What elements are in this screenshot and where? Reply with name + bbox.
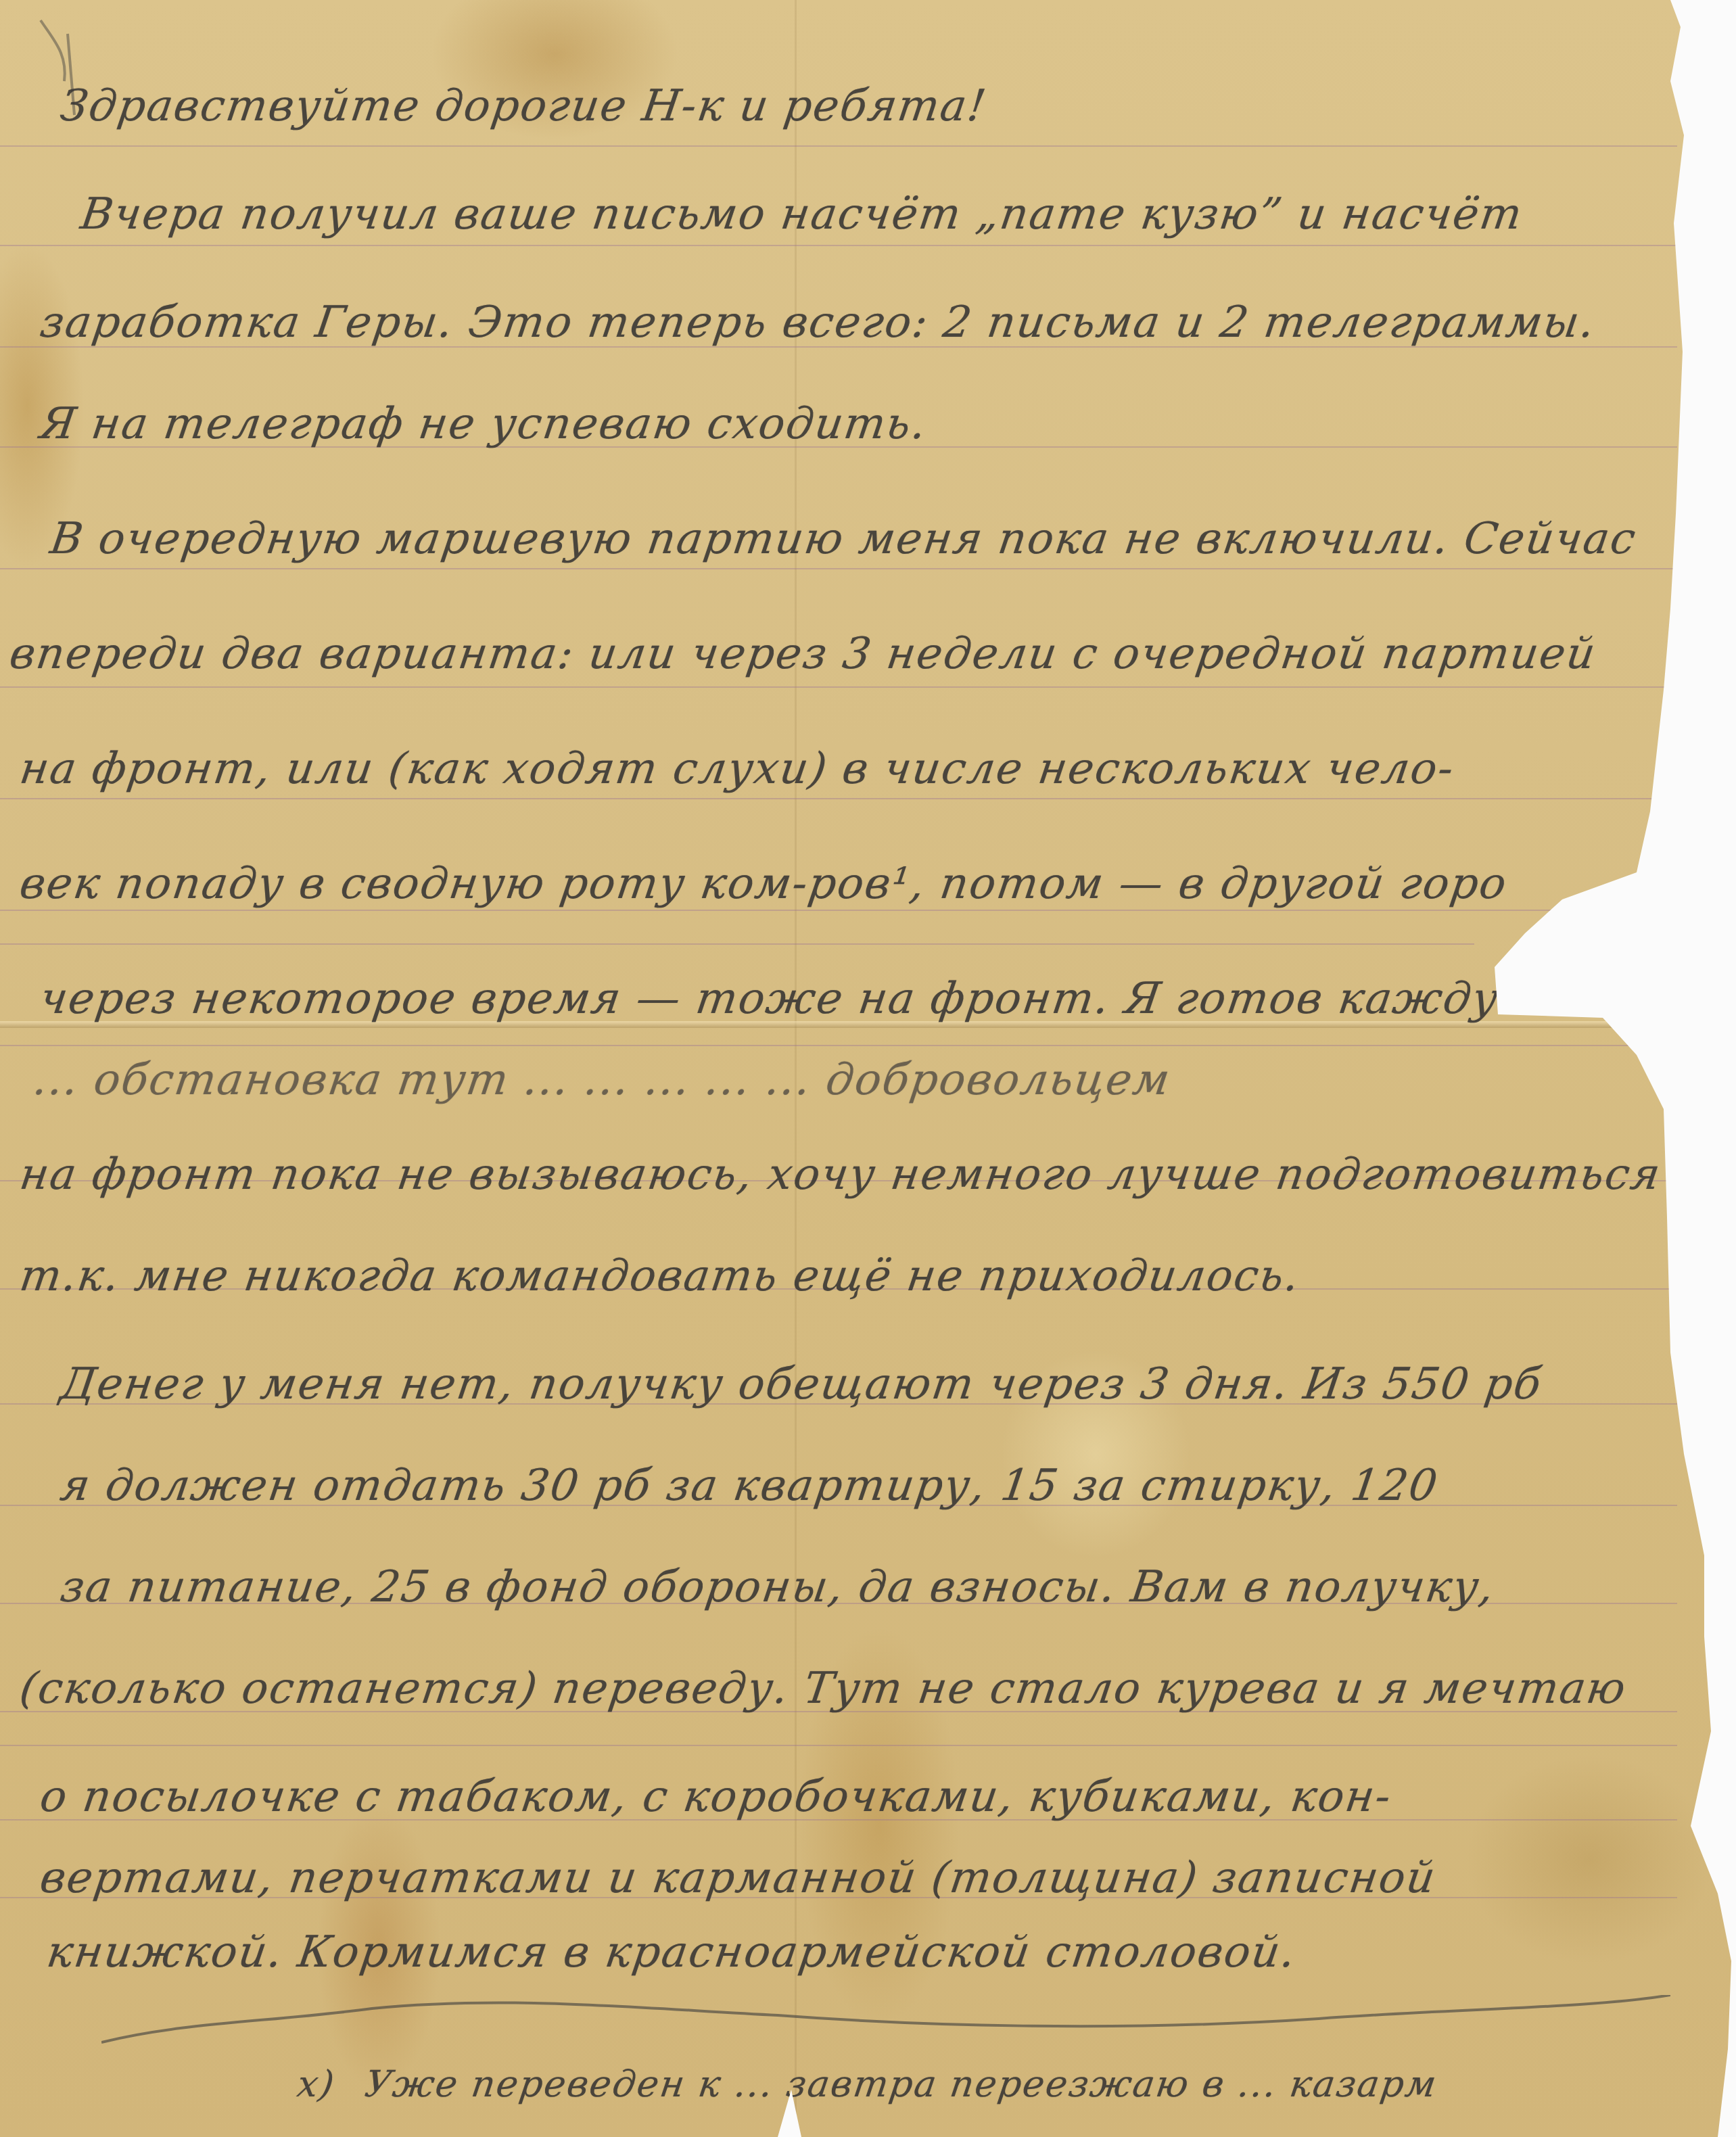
letter-line: я должен отдать 30 рб за квартиру, 15 за…: [57, 1461, 1442, 1511]
letter-line: Вчера получил ваше письмо насчёт „пате к…: [78, 189, 1526, 239]
footnote-marker: x): [295, 2063, 338, 2105]
ruled-line: [0, 1045, 1677, 1046]
ruled-line: [0, 686, 1677, 688]
letter-line: заработка Геры. Это теперь всего: 2 пись…: [37, 298, 1599, 348]
letter-line: через некоторое время — тоже на фронт. Я…: [37, 974, 1542, 1024]
footnote-text: Уже переведен к ... завтра переезжаю в .…: [362, 2063, 1440, 2105]
ruled-line: [0, 568, 1677, 569]
letter-line: век попаду в сводную роту ком-ров¹, пото…: [17, 859, 1511, 909]
letter-line: на фронт пока не вызываюсь, хочу немного…: [17, 1150, 1664, 1200]
letter-line: т.к. мне никогда командовать ещё не прих…: [17, 1251, 1303, 1301]
ruled-line: [0, 245, 1677, 246]
letter-greeting: Здравствуйте дорогие Н-к и ребята!: [57, 81, 990, 131]
ruled-line: [0, 1745, 1677, 1746]
letter-line-obscured: ... обстановка тут ... ... ... ... ... д…: [30, 1055, 1174, 1105]
ruled-line: [0, 943, 1474, 945]
letter-line: (сколько останется) переведу. Тут не ста…: [17, 1664, 1630, 1714]
letter-line: Я на телеграф не успеваю сходить.: [37, 399, 931, 449]
letter-line: вертами, перчатками и карманной (толщина…: [37, 1853, 1440, 1903]
ruled-line: [0, 910, 1677, 911]
ruled-line: [0, 798, 1677, 799]
letter-line: на фронт, или (как ходят слухи) в числе …: [17, 744, 1458, 794]
letter-line: книжкой. Кормимся в красноармейской стол…: [44, 1927, 1300, 1977]
ruled-line: [0, 145, 1677, 147]
letter-paper: Здравствуйте дорогие Н-к и ребята! Вчера…: [0, 0, 1736, 2137]
letter-line: Денег у меня нет, получку обещают через …: [57, 1359, 1545, 1409]
letter-line: о посылочке с табаком, с коробочками, ку…: [37, 1772, 1395, 1822]
letter-line: В очередную маршевую партию меня пока не…: [47, 514, 1640, 564]
letter-line: за питание, 25 в фонд обороны, да взносы…: [57, 1562, 1499, 1612]
letter-line: впереди два варианта: или через 3 недели…: [7, 629, 1599, 679]
